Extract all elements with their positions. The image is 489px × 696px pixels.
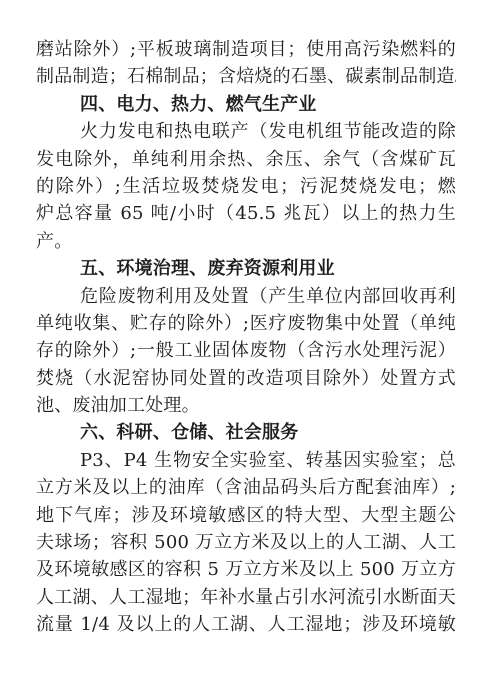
document-page: 磨站除外）;平板玻璃制造项目；使用高污染燃料的建筑陶瓷 制品制造；石棉制品；含焙… [0, 0, 489, 696]
text-line: 炉总容量 65 吨/小时（45.5 兆瓦）以上的热力生产；煤气生 [36, 200, 456, 227]
section-heading: 六、科研、仓储、社会服务 [36, 419, 456, 446]
text-line: P3、P4 生物安全实验室、转基因实验室；总容量 20 万 [36, 447, 456, 474]
text-line: 的除外）;生活垃圾焚烧发电；污泥焚烧发电；燃煤、燃油锅 [36, 173, 456, 200]
section-heading: 五、环境治理、废弃资源利用业 [36, 255, 456, 282]
text-line: 焚烧（水泥窑协同处置的改造项目除外）处置方式的；废电 [36, 365, 456, 392]
text-line: 存的除外）;一般工业固体废物（含污水处理污泥）采取填埋、 [36, 337, 456, 364]
text-line: 磨站除外）;平板玻璃制造项目；使用高污染燃料的建筑陶瓷 [36, 36, 456, 63]
text-line: 及环境敏感区的容积 5 万立方米及以上 500 万立方米以下的 [36, 556, 456, 583]
text-line: 发电除外，单纯利用余热、余压、余气（含煤矿瓦斯）发电 [36, 146, 456, 173]
text-line: 池、废油加工处理。 [36, 392, 456, 419]
text-line: 火力发电和热电联产（发电机组节能改造的除外，燃气 [36, 118, 456, 145]
text-line: 地下气库；涉及环境敏感区的特大型、大型主题公园；高尔 [36, 502, 456, 529]
text-line: 危险废物利用及处置（产生单位内部回收再利用的除外， [36, 283, 456, 310]
text-line: 流量 1/4 及以上的人工湖、人工湿地；涉及环境敏感区的河 [36, 611, 456, 638]
text-line: 制品制造；石棉制品；含焙烧的石墨、碳素制品制造。 [36, 63, 456, 90]
section-heading: 四、电力、热力、燃气生产业 [36, 91, 456, 118]
text-line: 单纯收集、贮存的除外）;医疗废物集中处置（单纯收集，贮 [36, 310, 456, 337]
text-line: 产。 [36, 228, 456, 255]
text-line: 夫球场；容积 500 万立方米及以上的人工湖、人工湿地；涉 [36, 529, 456, 556]
text-line: 人工湖、人工湿地；年补水量占引水河流引水断面天然年径 [36, 584, 456, 611]
text-line: 立方米及以上的油库（含油品码头后方配套油库）;地下油库； [36, 474, 456, 501]
